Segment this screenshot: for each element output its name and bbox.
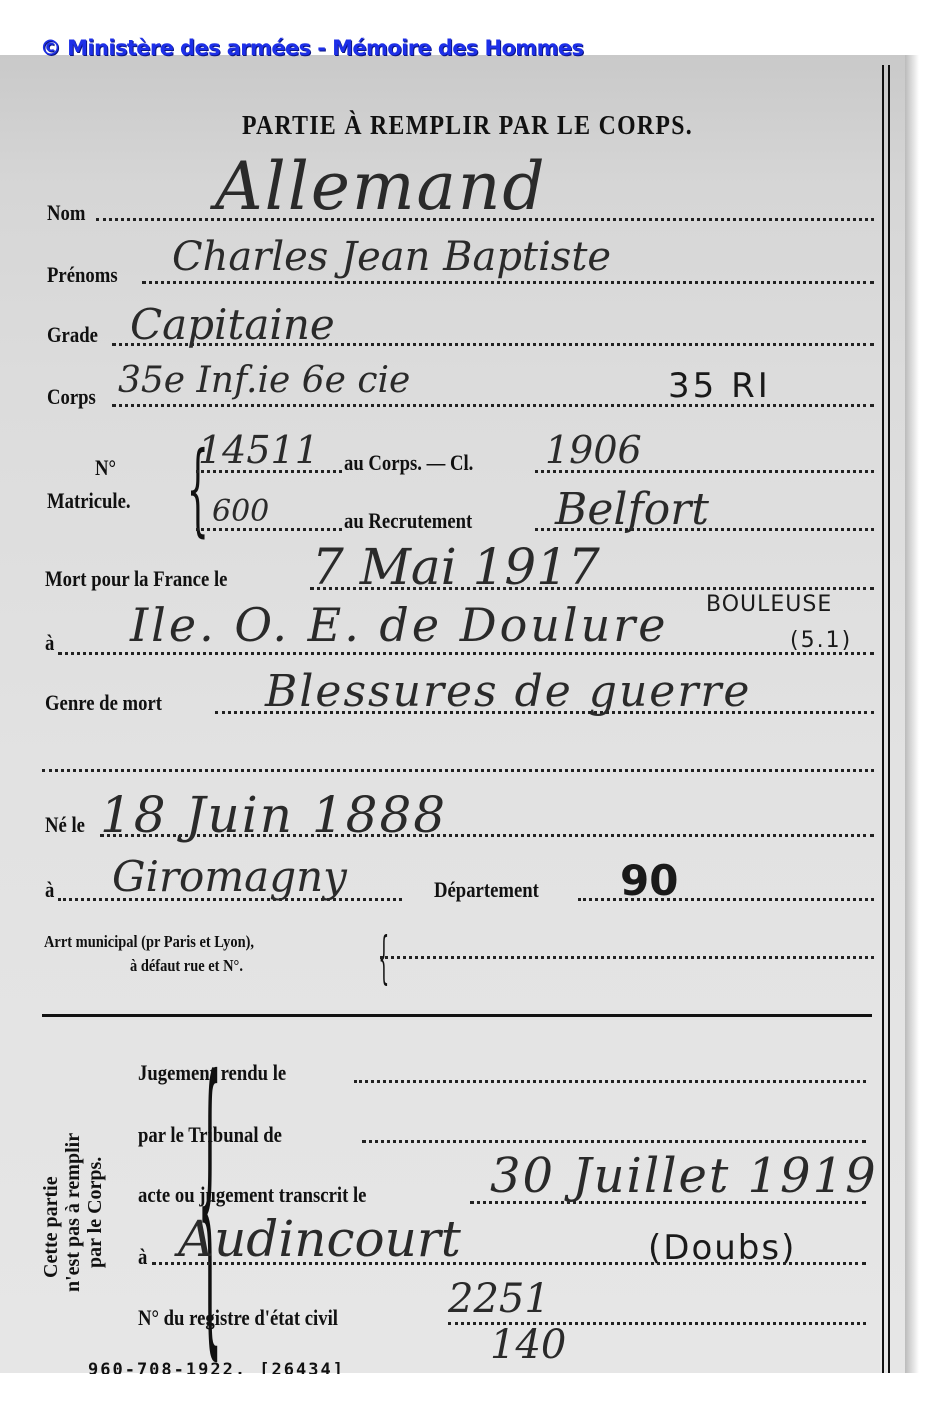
au-corps-label: au Corps. — Cl.: [344, 450, 473, 476]
prenoms-label: Prénoms: [47, 262, 118, 288]
side-note-line2: n'est pas à remplir: [62, 1133, 85, 1292]
prenoms-value: Charles Jean Baptiste: [172, 234, 611, 280]
ne-le-value: 18 Juin 1888: [100, 786, 447, 844]
genre-mort-label: Genre de mort: [45, 690, 162, 716]
corps-value: 35e Inf.ie 6e cie: [118, 360, 410, 401]
ne-lieu-value: Giromagny: [112, 852, 347, 901]
blank-line: [42, 769, 874, 772]
matricule-corps-number: 14511: [198, 428, 319, 472]
print-reference: 960-708-1922. [26434]: [88, 1360, 345, 1374]
nom-label: Nom: [47, 200, 85, 226]
tribunal-label: par le Tribunal de: [138, 1122, 282, 1148]
grade-value: Capitaine: [130, 300, 335, 349]
card-title: PARTIE À REMPLIR PAR LE CORPS.: [56, 110, 879, 141]
recrutement-value: Belfort: [555, 484, 709, 535]
mort-lieu-value: Ile. O. E. de Doulure: [130, 598, 668, 652]
classe-value: 1906: [545, 428, 642, 472]
mort-date-label: Mort pour la France le: [45, 566, 227, 592]
card-border-line: [888, 65, 890, 1373]
mort-date-value: 7 Mai 1917: [312, 538, 600, 596]
departement-label: Département: [434, 877, 539, 903]
transcrit-label: acte ou jugement transcrit le: [138, 1182, 366, 1208]
grade-label: Grade: [47, 322, 98, 348]
transcrit-value: 30 Juillet 1919: [490, 1148, 878, 1204]
card-border-line: [882, 65, 884, 1373]
matricule-recrutement-number: 600: [212, 494, 269, 529]
jugement-rendu-line: [354, 1080, 866, 1083]
tribunal-line: [362, 1140, 866, 1143]
arrondissement-label-sub: à défaut rue et N°.: [130, 956, 243, 976]
side-note: Cette partie n'est pas à remplir par le …: [40, 1110, 130, 1300]
transcrit-lieu-label: à: [138, 1244, 147, 1270]
matricule-label: Matricule.: [47, 488, 131, 514]
registre-annotation: 140: [490, 1322, 566, 1372]
corps-label: Corps: [47, 384, 96, 410]
arrondissement-label: Arrt municipal (pr Paris et Lyon),: [44, 932, 254, 952]
corps-annotation: 35 RI: [668, 366, 771, 406]
transcrit-lieu-annotation: (Doubs): [648, 1228, 796, 1268]
genre-mort-value: Blessures de guerre: [265, 666, 751, 717]
mort-lieu-annotation-code: (5.1): [790, 628, 852, 653]
au-recrutement-label: au Recrutement: [344, 508, 472, 534]
mort-lieu-annotation: BOULEUSE: [706, 592, 832, 617]
copyright-watermark: © Ministère des armées - Mémoire des Hom…: [40, 36, 583, 60]
matricule-label-no: N°: [95, 455, 116, 481]
jugement-rendu-label: Jugement rendu le: [138, 1060, 286, 1086]
registre-value: 2251: [448, 1276, 550, 1322]
prenoms-line: [142, 281, 874, 284]
mort-lieu-line: [58, 652, 874, 655]
side-note-line3: par le Corps.: [84, 1157, 107, 1268]
nom-value: Allemand: [215, 148, 547, 225]
section-separator: [42, 1014, 872, 1017]
departement-value: 90: [620, 856, 678, 905]
mort-lieu-label: à: [45, 630, 54, 656]
ne-le-label: Né le: [45, 812, 85, 838]
ne-lieu-label: à: [45, 877, 54, 903]
side-note-line1: Cette partie: [40, 1176, 63, 1278]
arrondissement-line: [380, 956, 874, 959]
transcrit-lieu-value: Audincourt: [178, 1210, 461, 1268]
registre-label: N° du registre d'état civil: [138, 1305, 338, 1331]
